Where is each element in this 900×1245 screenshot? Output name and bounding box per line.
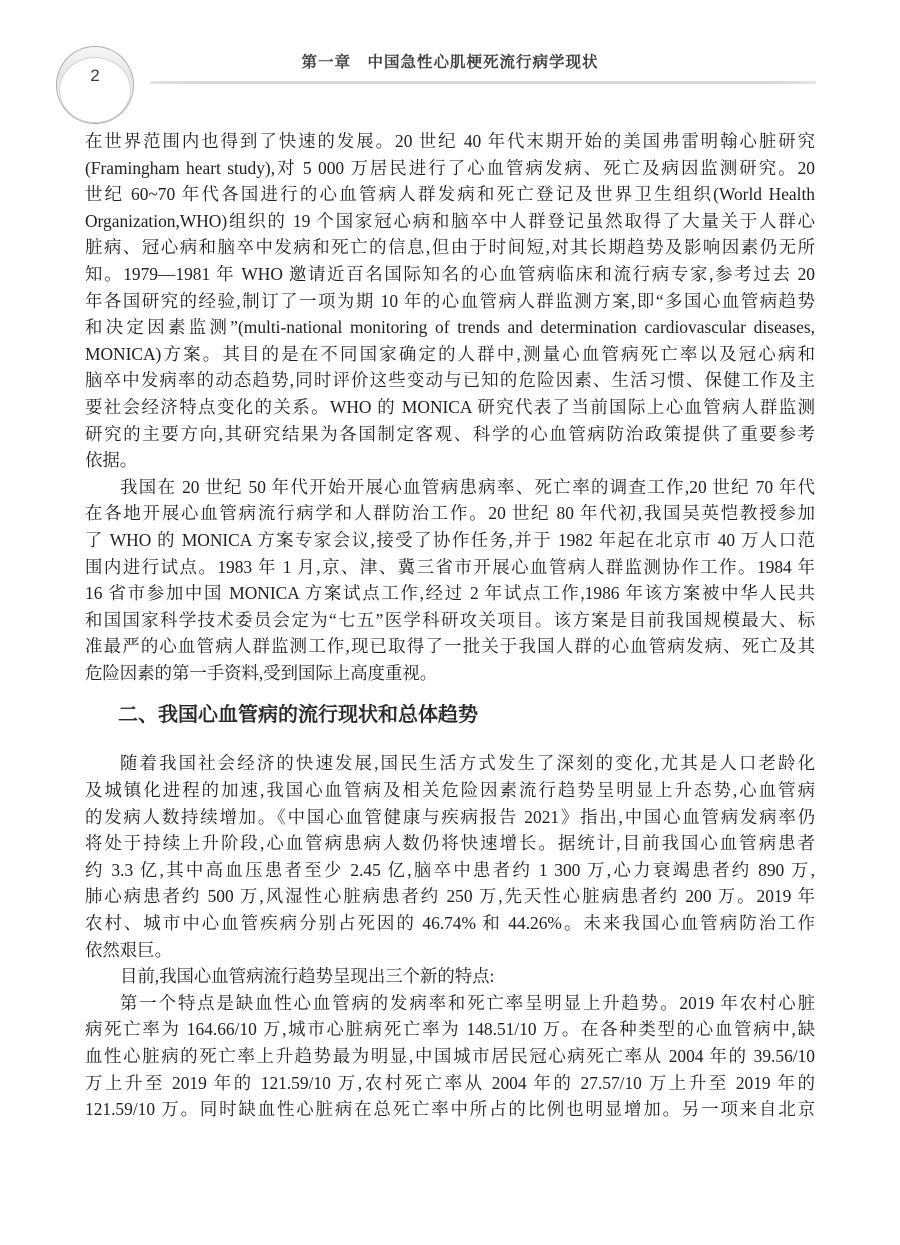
section-heading: 二、我国心血管病的流行现状和总体趋势 [85,700,815,730]
text-line: 在世界范围内也得到了快速的发展。20 世纪 40 年代末期开始的美国弗雷明翰心脏… [85,128,815,155]
text-line: 目前,我国心血管病流行趋势呈现出三个新的特点: [85,963,815,990]
text-line: 知。1979—1981 年 WHO 邀请近百名国际知名的心血管病临床和流行病专家… [85,261,815,288]
text-line: 及城镇化进程的加速,我国心血管病及相关危险因素流行趋势呈明显上升态势,心血管病 [85,777,815,804]
text-line: 血性心脏病的死亡率上升趋势最为明显,中国城市居民冠心病死亡率从 2004 年的 … [85,1043,815,1070]
text-line: 约 3.3 亿,其中高血压患者至少 2.45 亿,脑卒中患者约 1 300 万,… [85,857,815,884]
text-line: 我国在 20 世纪 50 年代开始开展心血管病患病率、死亡率的调查工作,20 世… [85,474,815,501]
text-line: 研究的主要方向,其研究结果为各国制定客观、科学的心血管病防治政策提供了重要参考 [85,421,815,448]
text-line: 第一个特点是缺血性心血管病的发病率和死亡率呈明显上升趋势。2019 年农村心脏 [85,990,815,1017]
text-line: 依然艰巨。 [85,937,815,964]
text-line: 16 省市参加中国 MONICA 方案试点工作,经过 2 年试点工作,1986 … [85,580,815,607]
text-line: 和国国家科学技术委员会定为“七五”医学科研攻关项目。该方案是目前我国规模最大、标 [85,607,815,634]
text-line: Organization,WHO)组织的 19 个国家冠心病和脑卒中人群登记虽然… [85,208,815,235]
text-line: 准最严的心血管病人群监测工作,现已取得了一批关于我国人群的心血管病发病、死亡及其 [85,633,815,660]
text-line: 世纪 60~70 年代各国进行的心血管病人群发病和死亡登记及世界卫生组织(Wor… [85,181,815,208]
text-line: 肺心病患者约 500 万,风湿性心脏病患者约 250 万,先天性心脏病患者约 2… [85,883,815,910]
text-line: MONICA)方案。其目的是在不同国家确定的人群中,测量心血管病死亡率以及冠心病… [85,341,815,368]
text-line: (Framingham heart study),对 5 000 万居民进行了心… [85,155,815,182]
text-line: 年各国研究的经验,制订了一项为期 10 年的心血管病人群监测方案,即“多国心血管… [85,288,815,315]
text-line: 的发病人数持续增加。《中国心血管健康与疾病报告 2021》指出,中国心血管病发病… [85,804,815,831]
page-body: 在世界范围内也得到了快速的发展。20 世纪 40 年代末期开始的美国弗雷明翰心脏… [85,128,815,1123]
text-line: 脏病、冠心病和脑卒中发病和死亡的信息,但由于时间短,对其长期趋势及影响因素仍无所 [85,234,815,261]
text-line: 要社会经济特点变化的关系。WHO 的 MONICA 研究代表了当前国际上心血管病… [85,394,815,421]
text-line: 万上升至 2019 年的 121.59/10 万,农村死亡率从 2004 年的 … [85,1070,815,1097]
page-header: 2 第一章 中国急性心肌梗死流行病学现状 [0,0,900,130]
text-line: 依据。 [85,447,815,474]
text-line: 农村、城市中心血管疾病分别占死因的 46.74% 和 44.26%。未来我国心血… [85,910,815,937]
text-line: 在各地开展心血管病流行病学和人群防治工作。20 世纪 80 年代初,我国吴英恺教… [85,500,815,527]
text-line: 将处于持续上升阶段,心血管病患病人数仍将快速增长。据统计,目前我国心血管病患者 [85,830,815,857]
text-line: 和决定因素监测”(multi-national monitoring of tr… [85,314,815,341]
text-line: 121.59/10 万。同时缺血性心脏病在总死亡率中所占的比例也明显增加。另一项… [85,1096,815,1123]
text-line: 危险因素的第一手资料,受到国际上高度重视。 [85,660,815,687]
book-page: 2 第一章 中国急性心肌梗死流行病学现状 在世界范围内也得到了快速的发展。20 … [0,0,900,1245]
text-line: 随着我国社会经济的快速发展,国民生活方式发生了深刻的变化,尤其是人口老龄化 [85,750,815,777]
text-line: 了 WHO 的 MONICA 方案专家会议,接受了协作任务,并于 1982 年起… [85,527,815,554]
text-line: 围内进行试点。1983 年 1 月,京、津、冀三省市开展心血管病人群监测协作工作… [85,554,815,581]
chapter-header-title: 第一章 中国急性心肌梗死流行病学现状 [0,50,900,72]
text-line: 病死亡率为 164.66/10 万,城市心脏病死亡率为 148.51/10 万。… [85,1016,815,1043]
header-rule [150,81,816,84]
text-line: 脑卒中发病率的动态趋势,同时评价这些变动与已知的危险因素、生活习惯、保健工作及主 [85,367,815,394]
